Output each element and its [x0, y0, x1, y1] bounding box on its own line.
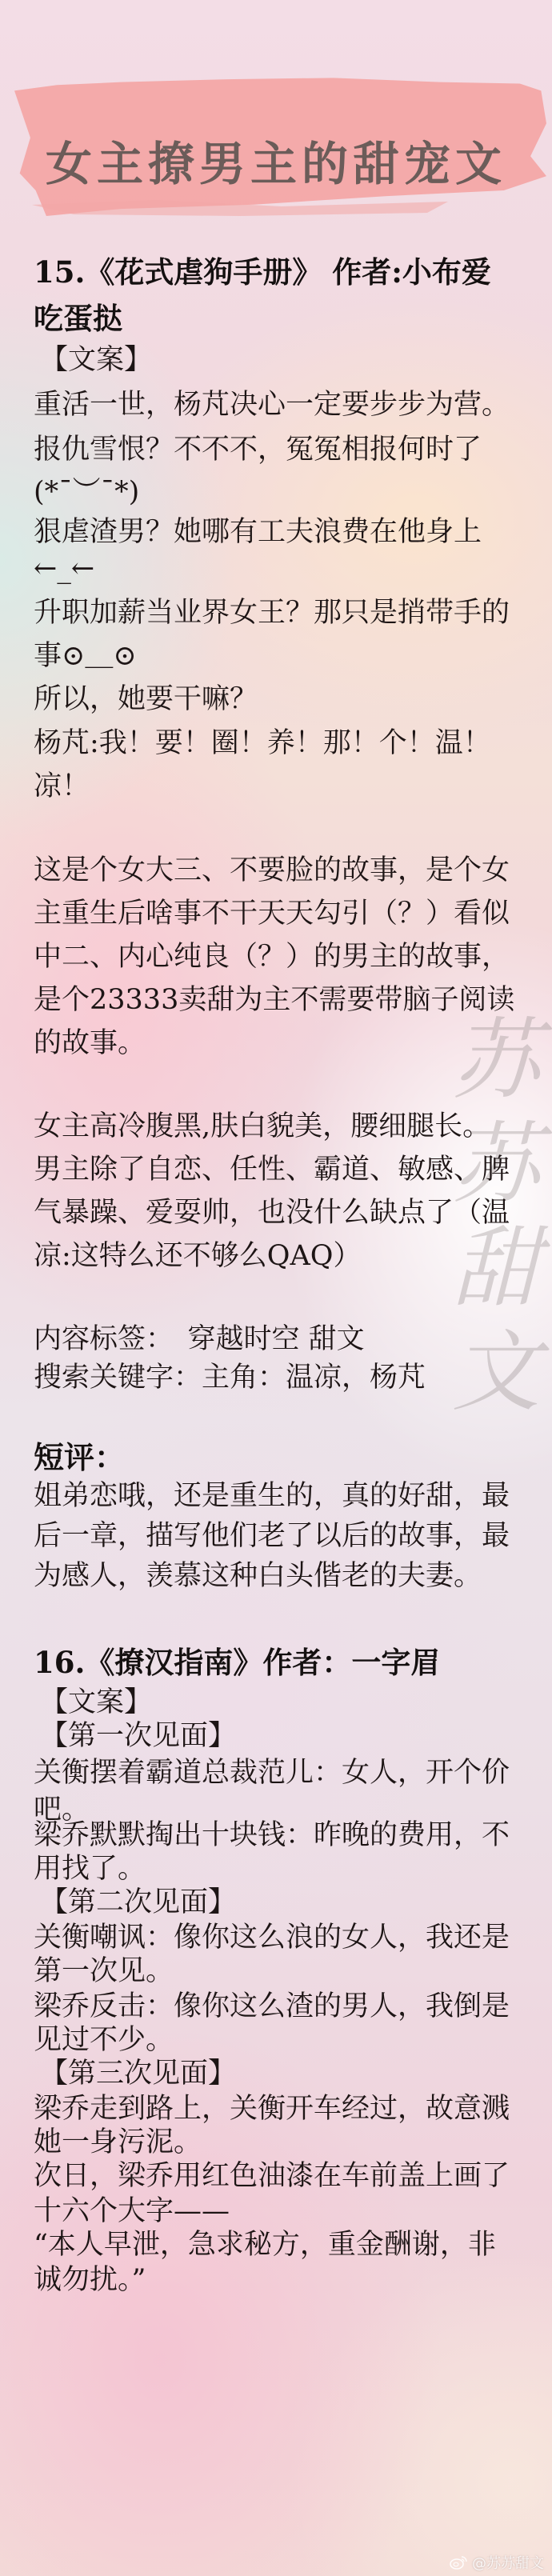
blurb-line: 事⊙＿⊙	[34, 638, 137, 674]
blurb-label: 【文案】	[40, 342, 152, 378]
review-line: 后一章，描写他们老了以后的故事，最	[34, 1518, 510, 1554]
blurb-line: 第一次见。	[34, 1954, 174, 1989]
story-line: 是个23333卖甜为主不需要带脑子阅读	[34, 982, 514, 1018]
review-label: 短评：	[34, 1440, 125, 1475]
watermark-char: 文	[448, 1320, 544, 1424]
character-line: 气暴躁、爱耍帅，也没什么缺点了（温	[34, 1195, 510, 1230]
blurb-line: 升职加薪当业界女王？那只是捎带手的	[34, 595, 510, 630]
story-line: 这是个女大三、不要脸的故事，是个女	[34, 853, 510, 888]
blurb-line: 凉！	[34, 769, 90, 804]
character-line: 女主高冷腹黑,肤白貌美，腰细腿长。	[34, 1109, 490, 1144]
blurb-line: (*¯︶¯*)	[34, 474, 139, 510]
title-banner: 女主撩男主的甜宠文	[0, 0, 552, 232]
weibo-icon	[450, 2555, 467, 2570]
character-line: 男主除了自恋、任性、霸道、敏感、脾	[34, 1152, 510, 1187]
blurb-line: ←_←	[34, 551, 94, 586]
tags-line: 内容标签： 穿越时空 甜文	[34, 1322, 365, 1357]
story-line: 主重生后啥事不干天天勾引（？）看似	[34, 896, 510, 931]
blurb-line: 梁乔走到路上，关衡开车经过，故意溅	[34, 2091, 510, 2126]
blurb-line: 梁乔反击：像你这么渣的男人，我倒是	[34, 1989, 510, 2024]
blurb-line: 所以，她要干嘛？	[34, 682, 258, 717]
watermark-char: 苏	[448, 1008, 544, 1112]
blurb-line: 用找了。	[34, 1851, 146, 1886]
story-line: 中二、内心纯良（？）的男主的故事，	[34, 939, 510, 974]
weibo-handle: @苏苏甜文	[472, 2552, 544, 2573]
watermark-char: 甜	[448, 1216, 544, 1320]
book-heading: 16.《撩汉指南》作者：一字眉	[34, 1645, 440, 1680]
page-title: 女主撩男主的甜宠文	[0, 136, 552, 192]
section-label: 【第三次见面】	[40, 2056, 236, 2091]
weibo-watermark: @苏苏甜文	[450, 2552, 544, 2573]
book-heading: 15.《花式虐狗手册》 作者:小布爱	[34, 254, 491, 290]
blurb-line: 次日，梁乔用红色油漆在车前盖上画了	[34, 2158, 510, 2194]
blurb-label: 【文案】	[40, 1685, 152, 1720]
blurb-line: 关衡嘲讽：像你这么浪的女人，我还是	[34, 1920, 510, 1955]
blurb-line: 诚勿扰。”	[34, 2262, 146, 2298]
blurb-line: 重活一世，杨芃决心一定要步步为营。	[34, 387, 510, 422]
story-line: 的故事。	[34, 1026, 146, 1061]
blurb-line: 梁乔默默掏出十块钱：昨晚的费用，不	[34, 1818, 510, 1853]
review-line: 姐弟恋哦，还是重生的，真的好甜，最	[34, 1478, 510, 1514]
keywords-line: 搜索关键字：主角：温凉，杨芃	[34, 1360, 426, 1395]
book-heading: 吃蛋挞	[34, 301, 122, 336]
blurb-line: 杨芃:我！要！圈！养！那！个！温！	[34, 726, 491, 761]
section-label: 【第二次见面】	[40, 1885, 236, 1920]
blurb-line: 关衡摆着霸道总裁范儿：女人，开个价	[34, 1755, 510, 1790]
blurb-line: 报仇雪恨？不不不，冤冤相报何时了	[34, 432, 482, 467]
blurb-line: 狠虐渣男？她哪有工夫浪费在他身上	[34, 514, 482, 550]
section-label: 【第一次见面】	[40, 1718, 236, 1754]
blurb-line: 见过不少。	[34, 2022, 174, 2058]
review-line: 为感人，羡慕这种白头偕老的夫妻。	[34, 1558, 482, 1594]
blurb-line: 她一身污泥。	[34, 2125, 202, 2160]
blurb-line: 十六个大字——	[34, 2194, 230, 2229]
character-line: 凉:这特么还不够么QAQ）	[34, 1238, 361, 1274]
blurb-line: “本人早泄，急求秘方，重金酬谢，非	[34, 2227, 496, 2262]
